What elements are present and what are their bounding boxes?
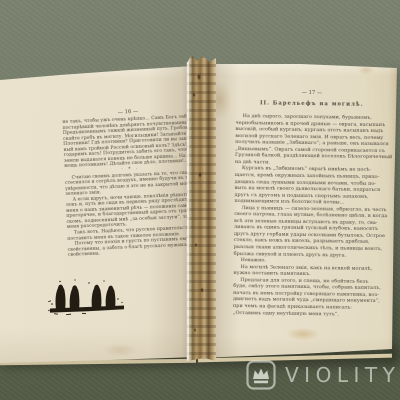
watermark: VIOLITY	[246, 360, 400, 390]
crows-vignette-illustration	[46, 268, 130, 320]
torn-page-remnants	[187, 55, 216, 361]
text-line: „Оставимъ одну неутѣшную меня тутъ“.	[233, 309, 385, 318]
left-page-paragraphs: не такъ, чтобы ужъ очень крѣпко... Самъ …	[62, 115, 200, 259]
left-page-text: — 16 — не такъ, чтобы ужъ очень крѣпко..…	[62, 107, 200, 258]
chapter-heading: II. Барельефъ на могилѣ.	[236, 100, 388, 109]
crown-icon	[246, 360, 276, 390]
right-page-number: — 17 —	[236, 89, 388, 98]
watermark-text: VIOLITY	[285, 363, 400, 387]
right-page-paragraphs: На днѣ сырого, заросшаго лопухами, бурья…	[233, 113, 388, 318]
left-page-edge-highlight	[186, 62, 190, 359]
photo-of-open-book: — 16 — не такъ, чтобы ужъ очень крѣпко..…	[0, 0, 400, 400]
right-page-text: — 17 — II. Барельефъ на могилѣ. На днѣ с…	[233, 89, 388, 318]
